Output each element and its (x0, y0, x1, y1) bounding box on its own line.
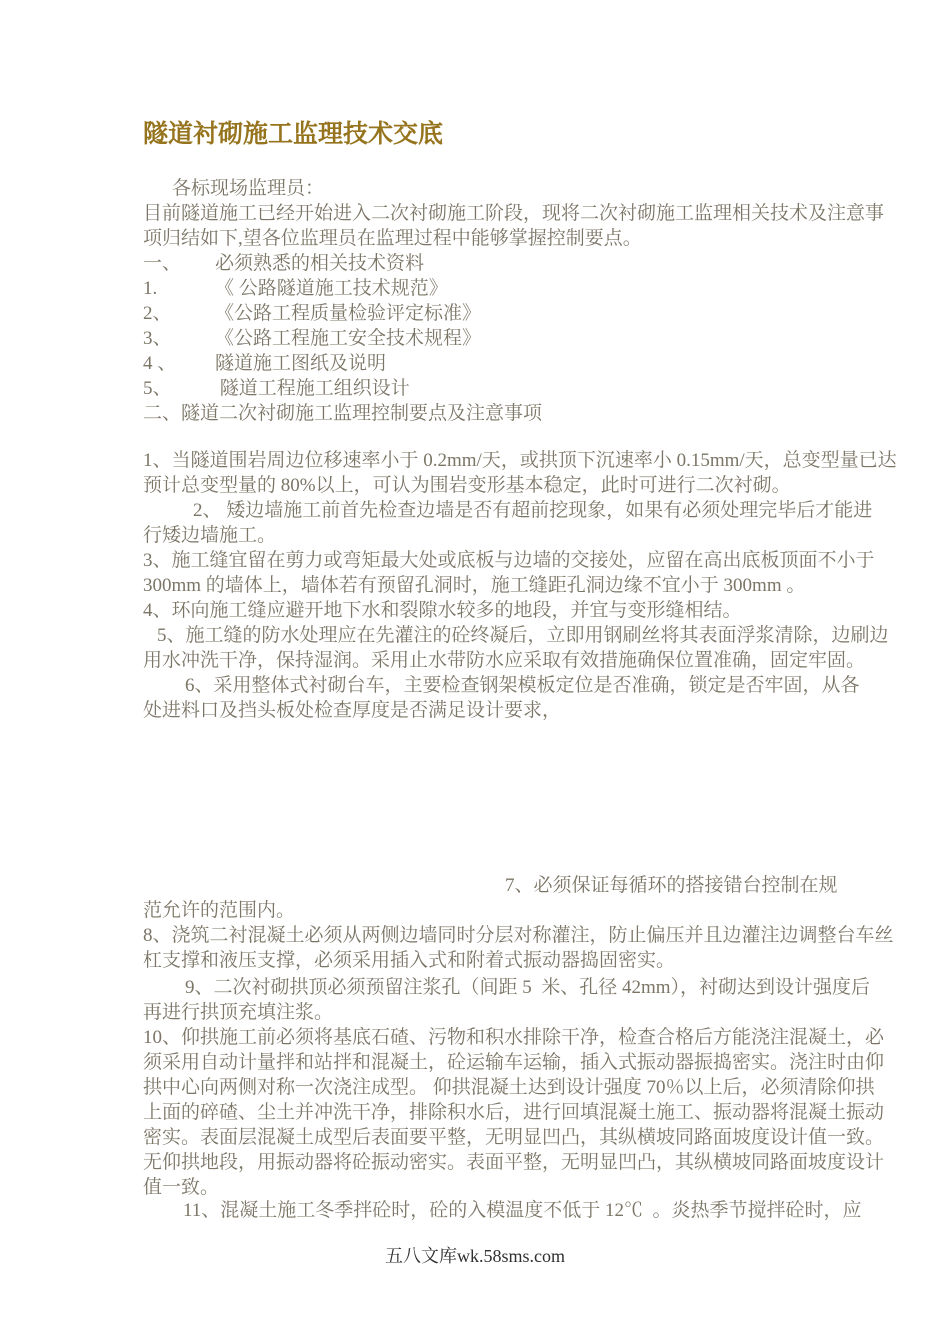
paragraph-1: 1、当隧道围岩周边位移速率小于 0.2mm/天，或拱顶下沉速率小 0.15mm/… (143, 448, 843, 498)
text-line: 拱中心向两侧对称一次浇注成型。 仰拱混凝土达到设计强度 70％以上后，必须清除仰… (143, 1075, 843, 1100)
text-line: 7、必须保证每循环的搭接错台控制在规 (143, 873, 843, 898)
text-line: 须采用自动计量拌和站拌和混凝土，砼运输车运输，插入式振动器振捣密实。浇注时由仰 (143, 1050, 843, 1075)
list-item-text: 《 公路隧道施工技术规范》 (215, 278, 448, 299)
list-item-number: 4 、 (143, 351, 215, 376)
text-line: 密实。表面层混凝土成型后表面要平整，无明显凹凸，其纵横坡同路面坡度设计值一致。 (143, 1125, 843, 1150)
list-item-number: 1. (143, 276, 215, 301)
intro-paragraph: 目前隧道施工已经开始进入二次衬砌施工阶段，现将二次衬砌施工监理相关技术及注意事 … (143, 201, 843, 251)
document-page: 隧道衬砌施工监理技术交底 各标现场监理员： 目前隧道施工已经开始进入二次衬砌施工… (0, 0, 950, 1344)
paragraph-9: 9、二次衬砌拱顶必须预留注浆孔（间距 5 米、孔径 42mm），衬砌达到设计强度… (143, 975, 843, 1025)
text-line: 9、二次衬砌拱顶必须预留注浆孔（间距 5 米、孔径 42mm），衬砌达到设计强度… (143, 975, 843, 1000)
list-item-number: 5、 (143, 376, 215, 401)
list-item-text: 隧道工程施工组织设计 (215, 378, 410, 399)
text-line: 3、施工缝宜留在剪力或弯矩最大处或底板与边墙的交接处，应留在高出底板顶面不小于 (143, 548, 843, 573)
list-item: 1.《 公路隧道施工技术规范》 (143, 276, 843, 301)
paragraph-11: 11、混凝土施工冬季拌砼时，砼的入模温度不低于 12℃ 。炎热季节搅拌砼时，应 (143, 1198, 843, 1223)
list-item: 2、《公路工程质量检验评定标准》 (143, 301, 843, 326)
paragraph-3: 3、施工缝宜留在剪力或弯矩最大处或底板与边墙的交接处，应留在高出底板顶面不小于 … (143, 548, 843, 598)
paragraph-6: 6、采用整体式衬砌台车，主要检查钢架模板定位是否准确，锁定是否牢固，从各 处进料… (143, 673, 843, 723)
text-line: 杠支撑和液压支撑，必须采用插入式和附着式振动器捣固密实。 (143, 948, 843, 973)
list-item-text: 隧道二次衬砌施工监理控制要点及注意事项 (181, 403, 542, 424)
list-item-text: 《公路工程施工安全技术规程》 (215, 328, 481, 349)
paragraph-2: 2、 矮边墙施工前首先检查边墙是否有超前挖现象，如果有必须处理完毕后才能进 行矮… (143, 498, 843, 548)
text-line: 8、浇筑二衬混凝土必须从两侧边墙同时分层对称灌注，防止偏压并且边灌注边调整台车丝 (143, 923, 843, 948)
text-line: 11、混凝土施工冬季拌砼时，砼的入模温度不低于 12℃ 。炎热季节搅拌砼时，应 (143, 1198, 843, 1223)
text-line: 处进料口及挡头板处检查厚度是否满足设计要求， (143, 698, 843, 723)
text-line: 预计总变型量的 80%以上，可认为围岩变形基本稳定，此时可进行二次衬砌。 (143, 473, 843, 498)
list-item-number: 3、 (143, 326, 215, 351)
text-line: 范允许的范围内。 (143, 898, 843, 923)
text-line: 行矮边墙施工。 (143, 523, 843, 548)
list-item-number: 一、 (143, 251, 215, 276)
section-heading: 二、隧道二次衬砌施工监理控制要点及注意事项 (143, 401, 843, 426)
list-item-text: 必须熟悉的相关技术资料 (215, 253, 424, 274)
text-line: 1、当隧道围岩周边位移速率小于 0.2mm/天，或拱顶下沉速率小 0.15mm/… (143, 448, 843, 473)
text-line: 用水冲洗干净，保持湿润。采用止水带防水应采取有效措施确保位置准确，固定牢固。 (143, 648, 843, 673)
text-line: 4、环向施工缝应避开地下水和裂隙水较多的地段，并宜与变形缝相结。 (143, 598, 843, 623)
text-line: 上面的碎碴、尘土并冲洗干净，排除积水后，进行回填混凝土施工、振动器将混凝土振动 (143, 1100, 843, 1125)
list-item: 3、《公路工程施工安全技术规程》 (143, 326, 843, 351)
list-item-text: 《公路工程质量检验评定标准》 (215, 303, 481, 324)
document-title: 隧道衬砌施工监理技术交底 (143, 114, 443, 150)
list-item: 4 、隧道施工图纸及说明 (143, 351, 843, 376)
text-line: 项归结如下,望各位监理员在监理过程中能够掌握控制要点。 (143, 226, 843, 251)
list-item: 5、 隧道工程施工组织设计 (143, 376, 843, 401)
text-line: 目前隧道施工已经开始进入二次衬砌施工阶段，现将二次衬砌施工监理相关技术及注意事 (143, 201, 843, 226)
paragraph-5: 5、施工缝的防水处理应在先灌注的砼终凝后，立即用钢刷丝将其表面浮浆清除，边刷边 … (143, 623, 843, 673)
text-line: 各标现场监理员： (143, 176, 843, 201)
list-item: 一、必须熟悉的相关技术资料 (143, 251, 843, 276)
text-line: 值一致。 (143, 1175, 843, 1200)
paragraph-10: 10、仰拱施工前必须将基底石碴、污物和积水排除干净，检查合格后方能浇注混凝土，必… (143, 1025, 843, 1200)
footer-watermark: 五八文库wk.58sms.com (0, 1244, 950, 1269)
text-line: 300mm 的墙体上，墙体若有预留孔洞时，施工缝距孔洞边缘不宜小于 300mm … (143, 573, 843, 598)
paragraph-8: 8、浇筑二衬混凝土必须从两侧边墙同时分层对称灌注，防止偏压并且边灌注边调整台车丝… (143, 923, 843, 973)
text-line: 5、施工缝的防水处理应在先灌注的砼终凝后，立即用钢刷丝将其表面浮浆清除，边刷边 (143, 623, 843, 648)
list-item-text: 隧道施工图纸及说明 (215, 353, 386, 374)
list-item-number: 二、 (143, 403, 181, 424)
list-item-number: 2、 (143, 301, 215, 326)
salutation: 各标现场监理员： (143, 176, 843, 201)
text-line: 6、采用整体式衬砌台车，主要检查钢架模板定位是否准确，锁定是否牢固，从各 (143, 673, 843, 698)
paragraph-4: 4、环向施工缝应避开地下水和裂隙水较多的地段，并宜与变形缝相结。 (143, 598, 843, 623)
text-line: 10、仰拱施工前必须将基底石碴、污物和积水排除干净，检查合格后方能浇注混凝土，必 (143, 1025, 843, 1050)
text-line: 无仰拱地段，用振动器将砼振动密实。表面平整，无明显凹凸，其纵横坡同路面坡度设计 (143, 1150, 843, 1175)
reference-list: 一、必须熟悉的相关技术资料 1.《 公路隧道施工技术规范》 2、《公路工程质量检… (143, 251, 843, 426)
text-line: 再进行拱顶充填注浆。 (143, 1000, 843, 1025)
text-line: 2、 矮边墙施工前首先检查边墙是否有超前挖现象，如果有必须处理完毕后才能进 (143, 498, 843, 523)
paragraph-7: 7、必须保证每循环的搭接错台控制在规 范允许的范围内。 (143, 873, 843, 923)
